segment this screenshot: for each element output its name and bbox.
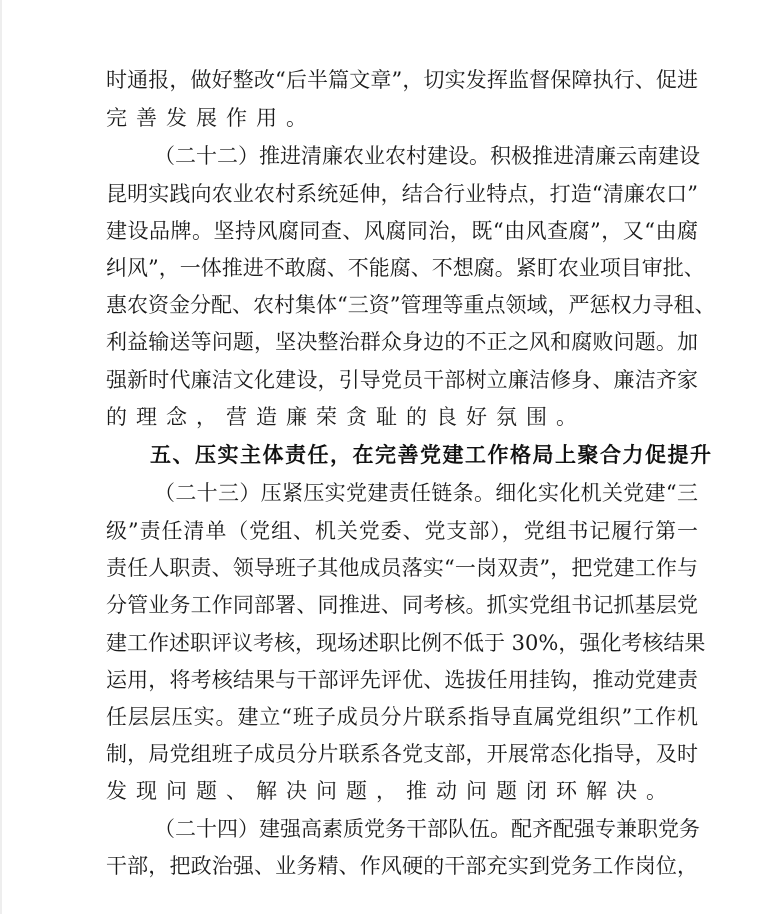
paragraph-line: 建工作述职评议考核，现场述职比例不低于 30%，强化考核结果 (106, 628, 698, 658)
paragraph-line: 时通报，做好整改“后半篇文章”，切实发挥监督保障执行、促进 (106, 65, 698, 95)
paragraph-line: 建设品牌。坚持风腐同查、风腐同治，既“由风查腐”，又“由腐 (106, 216, 698, 246)
paragraph-line: 发现问题、解决问题，推动问题闭环解决。 (106, 776, 698, 806)
paragraph-line: 干部，把政治强、业务精、作风硬的干部充实到党务工作岗位， (106, 851, 698, 881)
paragraph-line: 分管业务工作同部署、同推进、同考核。抓实党组书记抓基层党 (106, 590, 698, 620)
paragraph-line: 任层层压实。建立“班子成员分片联系指导直属党组织”工作机 (106, 702, 698, 732)
paragraph-line: 责任人职责、领导班子其他成员落实“一岗双责”，把党建工作与 (106, 553, 698, 583)
paragraph-line: 运用，将考核结果与干部评先评优、选拔任用挂钩，推动党建责 (106, 665, 698, 695)
section-24-first-line: （二十四）建强高素质党务干部队伍。配齐配强专兼职党务 (154, 814, 698, 844)
section-heading: 五、压实主体责任，在完善党建工作格局上聚合力促提升 (150, 439, 710, 471)
paragraph-line: 级”责任清单（党组、机关党委、党支部），党组书记履行第一 (106, 516, 698, 546)
paragraph-line: 完善发展作用。 (106, 103, 698, 133)
paragraph-line: 纠风”，一体推进不敢腐、不能腐、不想腐。紧盯农业项目审批、 (106, 253, 698, 283)
paragraph-line: 利益输送等问题，坚决整治群众身边的不正之风和腐败问题。加 (106, 327, 698, 357)
paragraph-line: 惠农资金分配、农村集体“三资”管理等重点领域，严惩权力寻租、 (106, 290, 698, 320)
document-page: 时通报，做好整改“后半篇文章”，切实发挥监督保障执行、促进 完善发展作用。 （二… (0, 0, 771, 914)
section-22-first-line: （二十二）推进清廉农业农村建设。积极推进清廉云南建设 (154, 141, 698, 171)
paragraph-line: 制，局党组班子成员分片联系各党支部，开展常态化指导，及时 (106, 739, 698, 769)
paragraph-line: 强新时代廉洁文化建设，引导党员干部树立廉洁修身、廉洁齐家 (106, 365, 698, 395)
paragraph-line: 的理念，营造廉荣贪耻的良好氛围。 (106, 402, 698, 432)
paragraph-line: 昆明实践向农业农村系统延伸，结合行业特点，打造“清廉农口” (106, 179, 698, 209)
section-23-first-line: （二十三）压紧压实党建责任链条。细化实化机关党建“三 (154, 478, 698, 508)
